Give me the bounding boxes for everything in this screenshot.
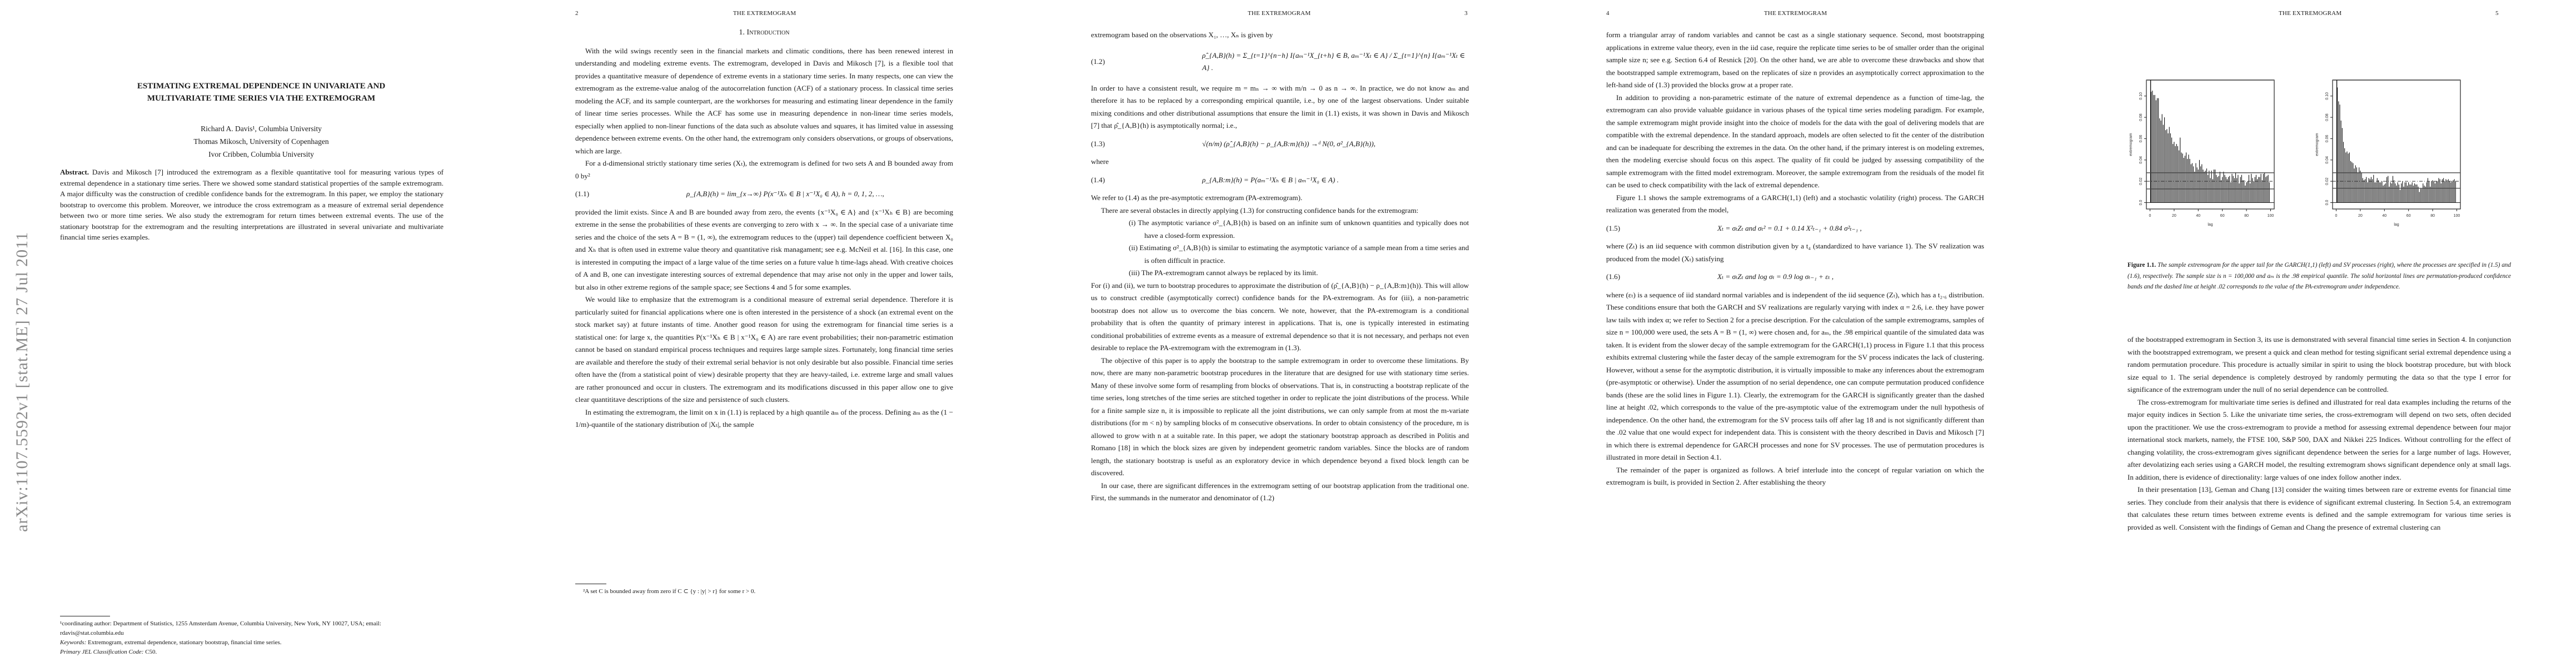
equation-body: Xₜ = σₜZₜ and log σₜ = 0.9 log σₜ₋₁ + εₜ… (1717, 271, 1984, 283)
y-tick-label: 0.10 (2325, 92, 2329, 100)
equation-number: (1.3) (1091, 138, 1202, 151)
running-head: THE EXTREMOGRAM (733, 10, 796, 17)
x-tick-label: 60 (2406, 214, 2411, 218)
equation-1-2: (1.2) ρ̂_{A,B}(h) = Σ_{t=1}^{n−h} I{aₘ⁻¹… (1091, 49, 1469, 74)
jel-code: C50. (145, 649, 157, 655)
author: Ivor Cribben, Columbia University (83, 148, 439, 161)
jel-label: Primary JEL Classification Code: (60, 649, 143, 655)
x-tick-label: 100 (2268, 214, 2274, 218)
author: Richard A. Davis¹, Columbia University (83, 122, 439, 135)
obstacle-list: (i) The asymptotic variance σ²_{A,B}(h) … (1107, 217, 1469, 280)
y-tick-label: 0.0 (2139, 200, 2143, 206)
abstract-label: Abstract. (60, 168, 89, 176)
x-tick-label: 0 (2335, 214, 2338, 218)
caption-label: Figure 1.1. (2127, 262, 2156, 268)
keywords: Extremogram, extremal dependence, statio… (88, 639, 282, 646)
y-axis-label: extremogram (2129, 133, 2133, 156)
paragraph: There are several obstacles in directly … (1091, 205, 1469, 217)
paragraph: For (i) and (ii), we turn to bootstrap p… (1091, 280, 1469, 355)
paragraph: where (Zₜ) is an iid sequence with commo… (1606, 240, 1984, 265)
paragraph: form a triangular array of random variab… (1606, 29, 1984, 92)
y-tick-label: 0.08 (2139, 113, 2143, 121)
equation-1-6: (1.6) Xₜ = σₜZₜ and log σₜ = 0.9 log σₜ₋… (1606, 271, 1984, 283)
equation-number: (1.6) (1606, 271, 1717, 283)
paragraph: In their presentation [13], Geman and Ch… (2127, 484, 2511, 534)
page-number: 3 (1464, 10, 1468, 17)
y-tick-label: 0.02 (2325, 177, 2329, 185)
paragraph: In our case, there are significant diffe… (1091, 480, 1469, 505)
page-number: 5 (2495, 10, 2499, 17)
x-tick-label: 100 (2454, 214, 2460, 218)
list-item: (ii) Estimating σ²_{A,B}(h) is similar t… (1129, 242, 1469, 267)
y-tick-label: 0.08 (2325, 113, 2329, 121)
equation-body: ρ_{A,B}(h) = lim_{x→∞} P(x⁻¹Xₕ ∈ B | x⁻¹… (686, 188, 953, 201)
page-5: THE EXTREMOGRAM 5 0.00.020.040.060.080.1… (2062, 0, 2576, 667)
paragraph: The objective of this paper is to apply … (1091, 355, 1469, 480)
equation-body: Xₜ = σₜZₜ and σₜ² = 0.1 + 0.14 X²ₜ₋₁ + 0… (1717, 222, 1984, 235)
section-heading: 1. Introduction (575, 27, 953, 39)
footnote-rule (60, 616, 110, 616)
x-axis-label: lag (2208, 223, 2213, 227)
caption-text: The sample extremogram for the upper tai… (2127, 262, 2511, 290)
paragraph: The cross-extremogram for multivariate t… (2127, 396, 2511, 484)
running-head: THE EXTREMOGRAM (1764, 10, 1827, 17)
paragraph: With the wild swings recently seen in th… (575, 45, 953, 158)
y-tick-label: 0.02 (2139, 177, 2143, 185)
page-4: 4 THE EXTREMOGRAM form a triangular arra… (1546, 0, 2061, 667)
equation-number: (1.1) (575, 188, 686, 201)
page-1: arXiv:1107.5592v1 [stat.ME] 27 Jul 2011 … (0, 0, 515, 667)
page-body: extremogram based on the observations X₁… (1091, 29, 1469, 505)
page-3: THE EXTREMOGRAM 3 extremogram based on t… (1031, 0, 1546, 667)
arxiv-stamp: arXiv:1107.5592v1 [stat.ME] 27 Jul 2011 (13, 0, 32, 532)
paragraph: The remainder of the paper is organized … (1606, 464, 1984, 489)
y-tick-label: 0.10 (2139, 92, 2143, 100)
footnote-rule (575, 584, 606, 584)
y-tick-label: 0.04 (2325, 156, 2329, 164)
figure-caption: Figure 1.1. The sample extremogram for t… (2127, 260, 2511, 293)
x-tick-label: 40 (2382, 214, 2386, 218)
paragraph: extremogram based on the observations X₁… (1091, 29, 1469, 42)
keywords-label: Keywords: (60, 639, 86, 646)
author: Thomas Mikosch, University of Copenhagen (83, 135, 439, 148)
y-tick-label: 0.06 (2325, 135, 2329, 143)
paragraph: In order to have a consistent result, we… (1091, 82, 1469, 132)
paragraph: provided the limit exists. Since A and B… (575, 206, 953, 294)
equation-1-4: (1.4) ρ_{A,B:m}(h) = P(aₘ⁻¹Xₕ ∈ B | aₘ⁻¹… (1091, 174, 1469, 187)
paragraph: In estimating the extremogram, the limit… (575, 406, 953, 431)
sv-extremogram-chart: 0.00.020.040.060.080.10020406080100lagex… (2310, 56, 2472, 242)
equation-number: (1.5) (1606, 222, 1717, 235)
equation-body: √(n/m) (ρ̂_{A,B}(h) − ρ_{A,B:m}(h)) →ᵈ N… (1202, 138, 1469, 151)
paragraph: We would like to emphasize that the extr… (575, 293, 953, 406)
running-head: THE EXTREMOGRAM (1248, 10, 1311, 17)
paragraph: We refer to (1.4) as the pre-asymptotic … (1091, 192, 1469, 205)
page-body: of the bootstrapped extremogram in Secti… (2127, 333, 2511, 534)
y-tick-label: 0.04 (2139, 156, 2143, 164)
equation-body: ρ̂_{A,B}(h) = Σ_{t=1}^{n−h} I{aₘ⁻¹X_{t+h… (1202, 49, 1469, 74)
y-axis-label: extremogram (2315, 133, 2319, 156)
page-number: 4 (1606, 10, 1610, 17)
footnote-1: ¹coordinating author: Department of Stat… (60, 619, 444, 657)
x-tick-label: 40 (2196, 214, 2200, 218)
paragraph: where (εₜ) is a sequence of iid standard… (1606, 289, 1984, 464)
list-item: (i) The asymptotic variance σ²_{A,B}(h) … (1129, 217, 1469, 242)
page-number: 2 (575, 10, 579, 17)
page-2: 2 THE EXTREMOGRAM 1. Introduction With t… (515, 0, 1030, 667)
equation-1-3: (1.3) √(n/m) (ρ̂_{A,B}(h) − ρ_{A,B:m}(h)… (1091, 138, 1469, 151)
abstract-text: Davis and Mikosch [7] introduced the ext… (60, 168, 444, 241)
equation-body: ρ_{A,B:m}(h) = P(aₘ⁻¹Xₕ ∈ B | aₘ⁻¹X₀ ∈ A… (1202, 174, 1469, 187)
running-head: THE EXTREMOGRAM (2279, 10, 2341, 17)
y-tick-label: 0.06 (2139, 135, 2143, 143)
page-body: form a triangular array of random variab… (1606, 29, 1984, 489)
garch-extremogram-chart: 0.00.020.040.060.080.10020406080100lagex… (2124, 56, 2285, 242)
equation-number: (1.2) (1091, 56, 1202, 68)
footnote-2: ²A set C is bounded away from zero if C … (583, 587, 950, 596)
paragraph: of the bootstrapped extremogram in Secti… (2127, 333, 2511, 396)
page-body: 1. Introduction With the wild swings rec… (575, 27, 953, 431)
y-tick-label: 0.0 (2325, 200, 2329, 206)
equation-1-5: (1.5) Xₜ = σₜZₜ and σₜ² = 0.1 + 0.14 X²ₜ… (1606, 222, 1984, 235)
x-tick-label: 20 (2172, 214, 2176, 218)
x-tick-label: 80 (2430, 214, 2435, 218)
abstract: Abstract. Davis and Mikosch [7] introduc… (60, 167, 444, 243)
paper-title: ESTIMATING EXTREMAL DEPENDENCE IN UNIVAR… (83, 80, 439, 104)
paragraph: In addition to providing a non-parametri… (1606, 92, 1984, 192)
x-tick-label: 60 (2220, 214, 2225, 218)
paragraph: Figure 1.1 shows the sample extremograms… (1606, 192, 1984, 217)
equation-1-1: (1.1) ρ_{A,B}(h) = lim_{x→∞} P(x⁻¹Xₕ ∈ B… (575, 188, 953, 201)
paragraph: where (1091, 156, 1469, 168)
x-tick-label: 20 (2358, 214, 2363, 218)
x-axis-label: lag (2394, 223, 2399, 227)
paragraph: For a d-dimensional strictly stationary … (575, 157, 953, 182)
author-list: Richard A. Davis¹, Columbia University T… (83, 122, 439, 161)
list-item: (iii) The PA-extremogram cannot always b… (1129, 267, 1469, 280)
x-tick-label: 0 (2149, 214, 2151, 218)
x-tick-label: 80 (2244, 214, 2249, 218)
equation-number: (1.4) (1091, 174, 1202, 187)
